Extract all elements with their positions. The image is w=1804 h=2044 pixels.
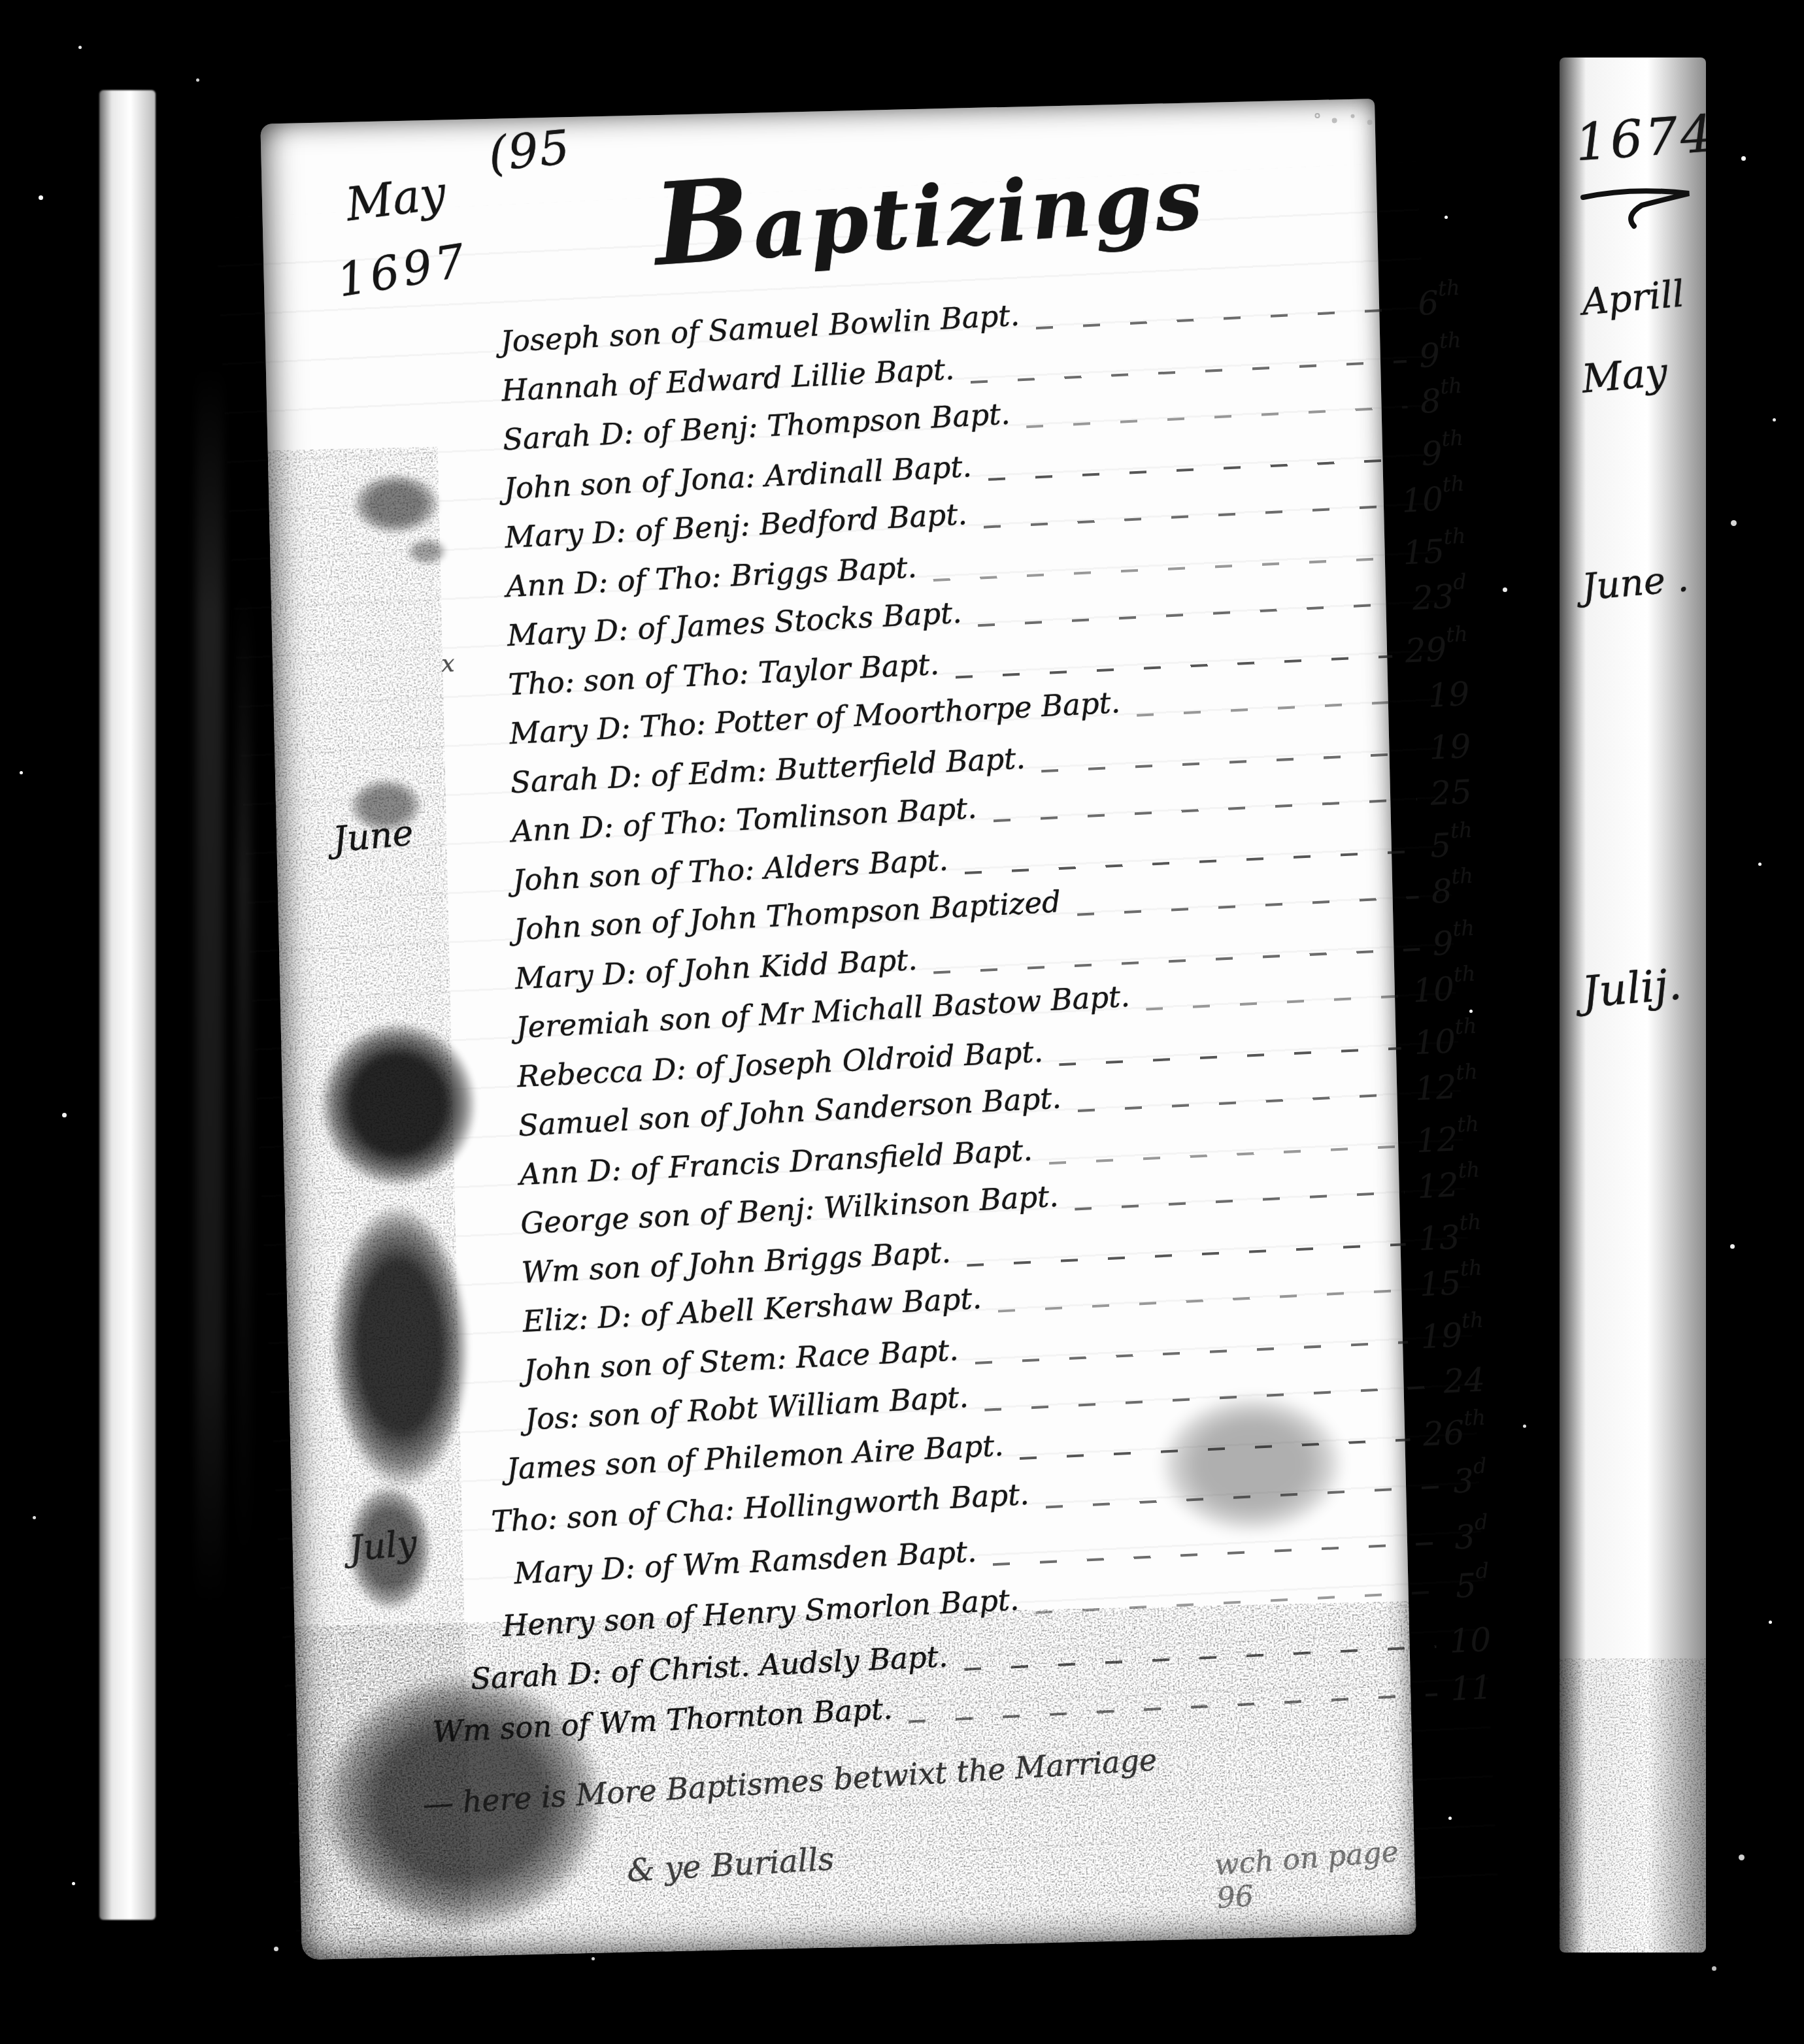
entry-day-suffix: th	[1459, 1210, 1482, 1236]
entry-day-number: 24	[1443, 1360, 1486, 1400]
entry-day-suffix: th	[1453, 961, 1476, 987]
entry-day-number: 23	[1411, 578, 1455, 618]
entry-day-suffix: th	[1455, 1059, 1478, 1085]
entry-day-number: 6	[1417, 284, 1440, 323]
entry-day-suffix: th	[1454, 1014, 1477, 1040]
dash-leader	[1045, 1485, 1440, 1508]
entry-day: 25	[1429, 765, 1473, 813]
strip-year-1674: 1674:	[1573, 103, 1706, 173]
entry-day-number: 10	[1413, 1022, 1456, 1062]
entry-day-number: 26	[1422, 1413, 1465, 1453]
entry-day-suffix: th	[1456, 1112, 1479, 1138]
entry-day-suffix: th	[1463, 1405, 1486, 1431]
dash-leader	[978, 602, 1399, 627]
dash-leader	[1060, 1047, 1401, 1066]
strip-month-june: June .	[1580, 557, 1690, 609]
entry-day-suffix: th	[1437, 275, 1460, 301]
entry-day: 29th	[1404, 621, 1469, 670]
dash-leader	[1146, 995, 1400, 1011]
entry-day-number: 3	[1452, 1462, 1475, 1501]
entry-day-suffix: th	[1442, 471, 1465, 497]
adjacent-page-strip: 1674: Aprill May June . Julij.	[1560, 58, 1706, 1953]
entry-day: 15th	[1401, 523, 1467, 572]
film-streak	[237, 588, 251, 1568]
entry-day: 8th	[1430, 863, 1475, 911]
entries-list: Joseph son of Samuel Bowlin Bapt.6thHann…	[260, 99, 1416, 1960]
entry-day: 9th	[1431, 915, 1477, 963]
entry-day: 12th	[1415, 1112, 1480, 1161]
entry-day-number: 11	[1450, 1668, 1494, 1708]
scan-grain	[1560, 1658, 1706, 1953]
entry-day-number: 29	[1404, 630, 1447, 670]
dash-leader	[993, 1541, 1442, 1566]
entry-day-number: 25	[1429, 773, 1473, 813]
entry-day: 15th	[1418, 1255, 1484, 1304]
entry-day: 10th	[1400, 471, 1466, 520]
film-streak	[196, 366, 224, 1607]
dash-leader	[909, 1693, 1437, 1723]
register-page: May 1697 (95 Baptizings June July x Jose…	[260, 99, 1416, 1960]
entry-text: Joseph son of Samuel Bowlin Bapt.	[499, 298, 1020, 359]
entry-day-number: 12	[1416, 1166, 1460, 1206]
entry-day-number: 15	[1402, 532, 1445, 572]
entry-day-number: 8	[1430, 872, 1453, 911]
dash-leader	[1137, 700, 1415, 717]
entry-day-suffix: th	[1445, 621, 1468, 648]
dash-leader	[1036, 308, 1405, 329]
strip-month-aprill: Aprill	[1580, 272, 1686, 323]
flourish-icon	[1579, 186, 1703, 231]
entry-day-number: 9	[1418, 337, 1441, 375]
dash-leader	[1020, 1438, 1410, 1460]
entry-day: 3d	[1453, 1509, 1490, 1557]
entry-day-suffix: th	[1460, 1255, 1482, 1281]
dash-leader	[993, 798, 1417, 822]
entry-day-suffix: d	[1452, 569, 1467, 595]
dash-leader	[1041, 752, 1416, 773]
entry-day: 19	[1427, 667, 1471, 715]
entry-day-number: 19	[1420, 1316, 1463, 1356]
dash-leader	[1048, 1145, 1403, 1164]
entry-day: 11	[1449, 1660, 1493, 1708]
entry-day-suffix: th	[1461, 1308, 1484, 1334]
film-dust-specks	[0, 0, 3, 3]
entry-day-number: 19	[1428, 727, 1471, 767]
entry-day-number: 15	[1418, 1264, 1462, 1304]
entry-day: 10	[1448, 1613, 1492, 1660]
entry-day-number: 10	[1401, 480, 1445, 519]
entry-day-suffix: th	[1441, 425, 1463, 452]
dash-leader	[1035, 1591, 1443, 1614]
entry-day-number: 9	[1431, 924, 1454, 963]
entry-day-number: 12	[1415, 1120, 1458, 1160]
dash-leader	[985, 1386, 1431, 1411]
dash-leader	[1075, 1191, 1404, 1210]
entry-day-number: 19	[1427, 675, 1471, 715]
entry-day-number: 10	[1448, 1621, 1492, 1660]
entry-day-number: 13	[1418, 1218, 1461, 1258]
entry-day: 3d	[1452, 1453, 1488, 1501]
entry-day-number: 5	[1454, 1566, 1477, 1606]
entry-day: 5th	[1429, 817, 1474, 865]
dash-leader	[1077, 896, 1419, 916]
entry-day-suffix: th	[1439, 327, 1462, 354]
entry-day-suffix: th	[1443, 523, 1466, 550]
entry-day: 5d	[1454, 1558, 1491, 1606]
entry-day: 19	[1428, 719, 1472, 767]
entry-day-suffix: th	[1450, 863, 1473, 889]
entry-day-suffix: th	[1452, 915, 1475, 942]
entry-day: 8th	[1419, 373, 1464, 421]
film-edge-strip	[99, 90, 156, 1920]
entry-day-suffix: th	[1458, 1157, 1480, 1183]
entry-day-suffix: th	[1450, 817, 1473, 844]
dash-leader	[983, 505, 1388, 529]
entry-day: 10th	[1412, 1014, 1478, 1063]
entry-day-suffix: th	[1439, 373, 1462, 399]
entry-day: 12th	[1414, 1059, 1480, 1108]
dash-leader	[1026, 406, 1407, 428]
entry-day: 26th	[1422, 1405, 1487, 1454]
entry-day-number: 9	[1420, 434, 1443, 472]
entry-day-number: 8	[1419, 382, 1442, 421]
entry-day-number: 12	[1414, 1068, 1458, 1108]
entry-day: 24	[1442, 1353, 1486, 1400]
entry-day: 23d	[1411, 569, 1469, 618]
entry-day-suffix: d	[1474, 1509, 1488, 1535]
strip-month-may: May	[1580, 349, 1669, 402]
entry-day-number: 5	[1429, 826, 1452, 865]
entry-day-number: 10	[1412, 970, 1456, 1010]
entry-day: 9th	[1418, 327, 1463, 375]
entry-day-suffix: d	[1475, 1558, 1490, 1583]
entry-day-suffix: d	[1473, 1453, 1487, 1479]
entry-day-number: 3	[1454, 1518, 1477, 1557]
entry-day: 13th	[1417, 1210, 1482, 1259]
entry-day: 19th	[1420, 1308, 1485, 1357]
dash-leader	[1078, 1093, 1403, 1112]
dash-leader	[998, 1289, 1407, 1312]
entry-day: 10th	[1411, 961, 1477, 1010]
strip-month-july: Julij.	[1580, 959, 1684, 1017]
entry-day: 12th	[1416, 1157, 1482, 1206]
entry-day: 9th	[1420, 425, 1465, 473]
entry-day: 6th	[1416, 275, 1462, 323]
